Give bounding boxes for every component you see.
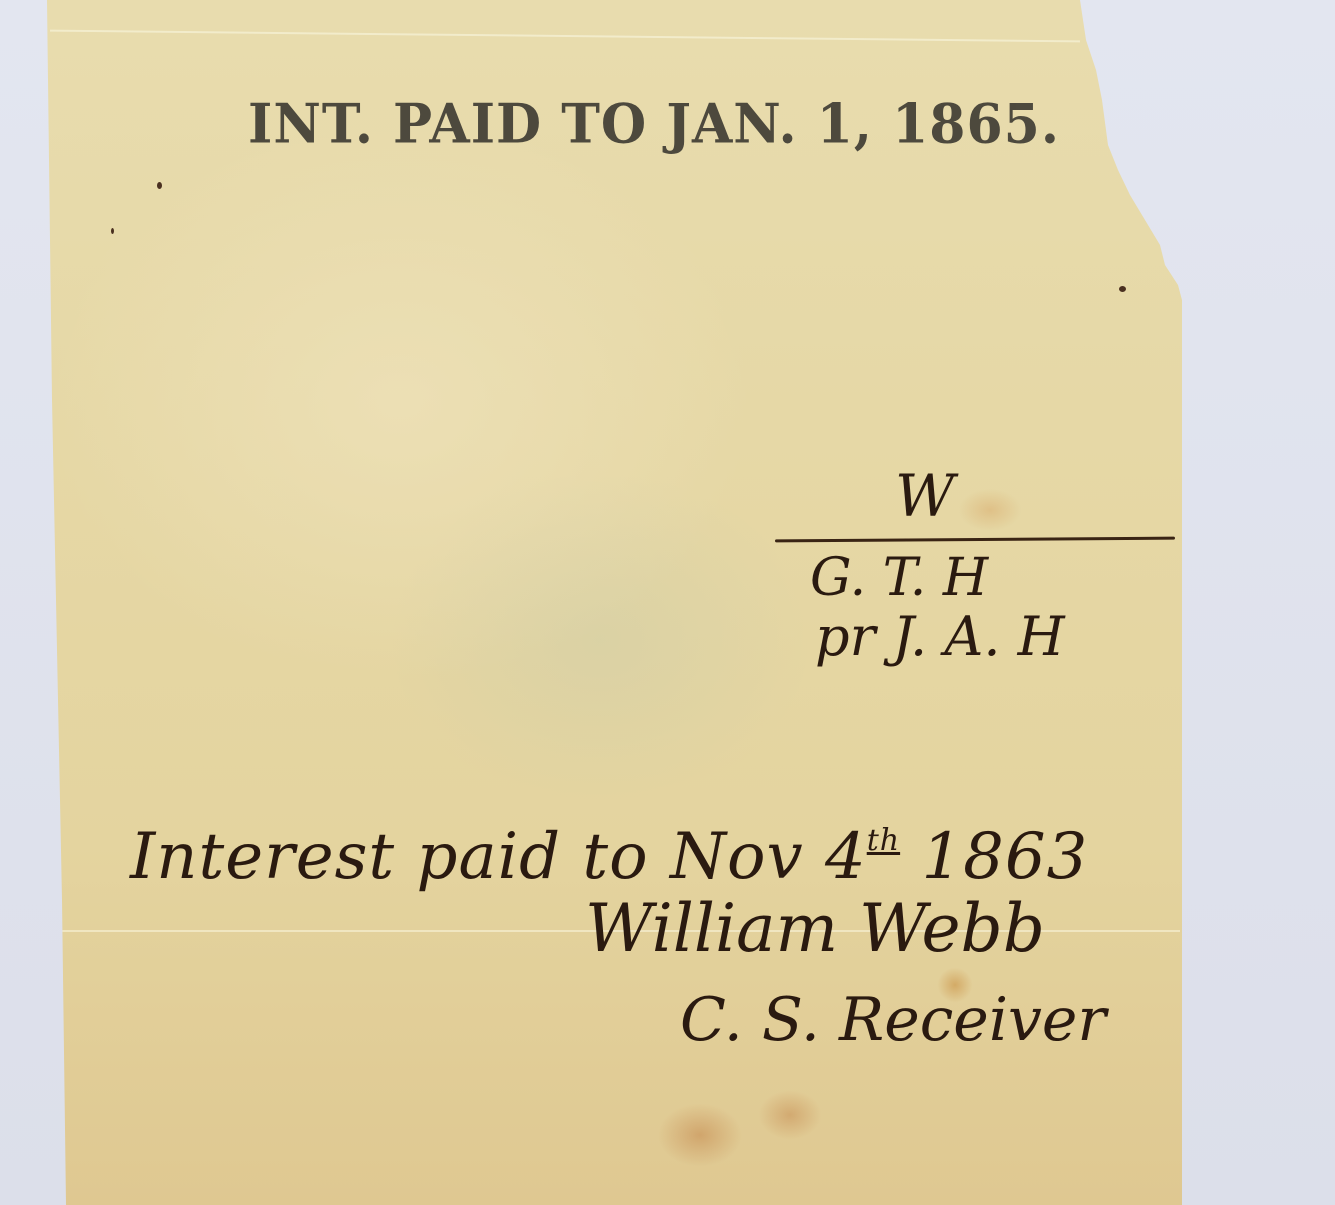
handwritten-initials-pr-jah: pr J. A. H: [815, 605, 1065, 668]
handwritten-initial-w: W: [895, 462, 955, 530]
handwritten-interest-note: Interest paid to Nov 4th 1863: [130, 820, 1088, 894]
printed-interest-stamp: INT. PAID TO JAN. 1, 1865.: [248, 92, 1098, 156]
fold-line: [50, 30, 1080, 43]
handwritten-initials-gth: G. T. H: [810, 548, 988, 608]
aged-paper-document: INT. PAID TO JAN. 1, 1865. W G. T. H pr …: [0, 0, 1335, 1205]
handwritten-signer-title: C. S. Receiver: [680, 985, 1106, 1055]
ink-speck: [111, 228, 114, 234]
ink-speck: [157, 182, 162, 189]
interest-note-ordinal: th: [867, 823, 900, 858]
photo-scene: INT. PAID TO JAN. 1, 1865. W G. T. H pr …: [0, 0, 1335, 1205]
ink-speck: [1119, 286, 1126, 292]
interest-note-text: Interest paid to Nov 4: [130, 820, 867, 894]
handwritten-signature: William Webb: [585, 890, 1045, 967]
interest-note-year: 1863: [921, 820, 1088, 894]
handwritten-rule-line: [775, 537, 1175, 543]
